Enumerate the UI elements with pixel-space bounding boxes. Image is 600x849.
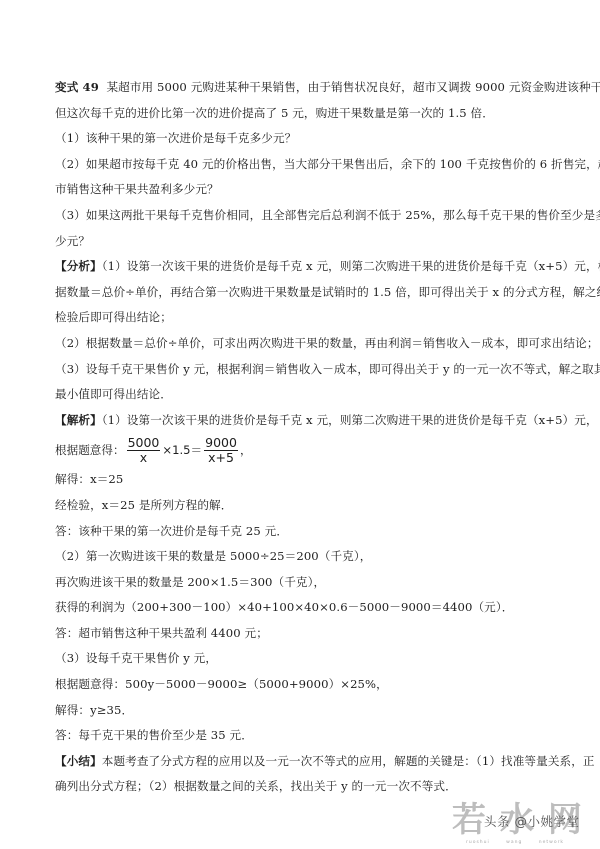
question-3-line-2: 少元？ (55, 229, 551, 255)
fraction-2: 9000 x+5 (204, 436, 238, 465)
solution-2-line-2: 再次购进该干果的数量是 200×1.5＝300（千克）， (55, 570, 551, 596)
fraction-2-denominator: x+5 (207, 451, 235, 465)
problem-stem-text-1: 某超市用 5000 元购进某种干果销售，由于销售状况良好，超市又调拨 9000 … (106, 80, 600, 94)
analysis-label: 【分析】 (55, 259, 102, 273)
fraction-1-numerator: 5000 (127, 436, 161, 451)
solution-1-check: 经检验，x＝25 是所列方程的解． (55, 493, 551, 519)
solution-3-solve: 解得：y≥35． (55, 698, 551, 724)
question-3-line-1: （3）如果这两批干果每千克售价相同，且全部售完后总利润不低于 25%，那么每千克… (55, 203, 551, 229)
problem-stem-line-2: 但这次每千克的进价比第一次的进价提高了 5 元，购进干果数量是第一次的 1.5 … (55, 101, 551, 127)
summary-line-1: 【小结】本题考查了分式方程的应用以及一元一次不等式的应用，解题的关键是：（1）找… (55, 749, 551, 775)
solution-2-answer: 答：超市销售这种干果共盈利 4400 元； (55, 621, 551, 647)
analysis-part-3-line-2: 最小值即可得出结论． (55, 382, 551, 408)
summary-text-1: 本题考查了分式方程的应用以及一元一次不等式的应用，解题的关键是：（1）找准等量关… (102, 754, 595, 768)
solution-equation: 根据题意得： 5000 x ×1.5＝ 9000 x+5 ， (55, 433, 551, 467)
solution-3-line-1: （3）设每千克干果售价 y 元， (55, 646, 551, 672)
analysis-text-1: （1）设第一次该干果的进货价是每千克 x 元，则第二次购进干果的进货价是每千克（… (102, 259, 600, 273)
solution-1-solve: 解得：x＝25 (55, 467, 551, 493)
solution-3-answer: 答：每千克干果的售价至少是 35 元． (55, 723, 551, 749)
solution-1-answer: 答：该种干果的第一次进价是每千克 25 元． (55, 519, 551, 545)
analysis-part-2: （2）根据数量＝总价÷单价，可求出两次购进干果的数量，再由利润＝销售收入－成本，… (55, 331, 551, 357)
problem-label: 变式 49 (55, 80, 99, 94)
solution-label: 【解析】 (55, 413, 102, 427)
watermark: 若水网 头条 @小姚学堂 ruoshui wang network (452, 800, 600, 849)
solution-3-line-2: 根据题意得：500y－5000－9000≥（5000+9000）×25%， (55, 672, 551, 698)
equation-middle: ×1.5＝ (162, 433, 202, 467)
solution-2-line-3: 获得的利润为（200+300－100）×40+100×40×0.6－5000－9… (55, 595, 551, 621)
problem-stem-line-1: 变式 49 某超市用 5000 元购进某种干果销售，由于销售状况良好，超市又调拨… (55, 75, 551, 101)
equation-suffix: ， (240, 433, 252, 467)
document-page: 变式 49 某超市用 5000 元购进某种干果销售，由于销售状况良好，超市又调拨… (55, 75, 551, 800)
solution-text-1: （1）设第一次该干果的进货价是每千克 x 元，则第二次购进干果的进货价是每千克（… (102, 413, 598, 427)
analysis-line-3: 检验后即可得出结论； (55, 305, 551, 331)
summary-label: 【小结】 (55, 754, 102, 768)
question-1: （1）该种干果的第一次进价是每千克多少元？ (55, 126, 551, 152)
watermark-subtext: ruoshui wang network (466, 840, 564, 845)
fraction-2-numerator: 9000 (204, 436, 238, 451)
summary-line-2: 确列出分式方程；（2）根据数量之间的关系，找出关于 y 的一元一次不等式． (55, 774, 551, 800)
analysis-part-3-line-1: （3）设每千克干果售价 y 元，根据利润＝销售收入－成本，即可得出关于 y 的一… (55, 357, 551, 383)
analysis-line-1: 【分析】（1）设第一次该干果的进货价是每千克 x 元，则第二次购进干果的进货价是… (55, 254, 551, 280)
watermark-author: 头条 @小姚学堂 (484, 812, 579, 830)
analysis-line-2: 据数量＝总价÷单价，再结合第一次购进干果数量是试销时的 1.5 倍，即可得出关于… (55, 280, 551, 306)
question-2-line-1: （2）如果超市按每千克 40 元的价格出售，当大部分干果售出后，余下的 100 … (55, 152, 551, 178)
equation-prefix: 根据题意得： (55, 433, 125, 467)
question-2-line-2: 市销售这种干果共盈利多少元？ (55, 177, 551, 203)
fraction-1: 5000 x (127, 436, 161, 465)
solution-line-1: 【解析】（1）设第一次该干果的进货价是每千克 x 元，则第二次购进干果的进货价是… (55, 408, 551, 434)
fraction-1-denominator: x (139, 451, 148, 465)
solution-2-line-1: （2）第一次购进该干果的数量是 5000÷25＝200（千克）， (55, 544, 551, 570)
